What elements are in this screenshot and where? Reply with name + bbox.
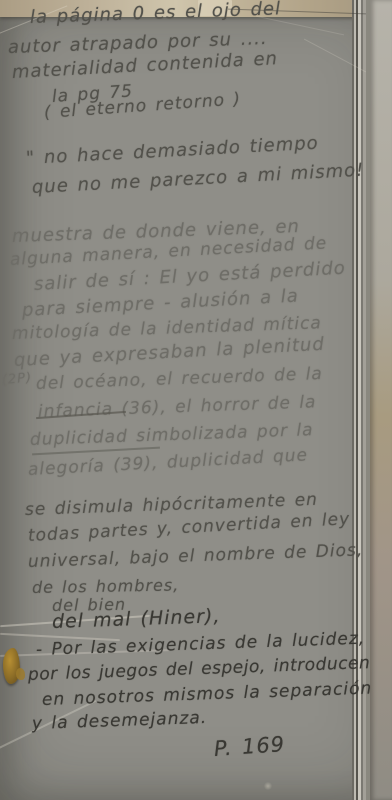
adjacent-page-edge bbox=[370, 0, 392, 800]
handwritten-line: de los hombres, bbox=[32, 576, 180, 596]
margin-note: (2P) bbox=[1, 371, 32, 388]
page-number: P. 169 bbox=[213, 733, 286, 761]
gold-paint-fleck bbox=[16, 668, 25, 680]
manuscript-photo: la página 0 es el ojo del autor atrapado… bbox=[0, 0, 392, 800]
paper-blemish bbox=[264, 782, 272, 790]
